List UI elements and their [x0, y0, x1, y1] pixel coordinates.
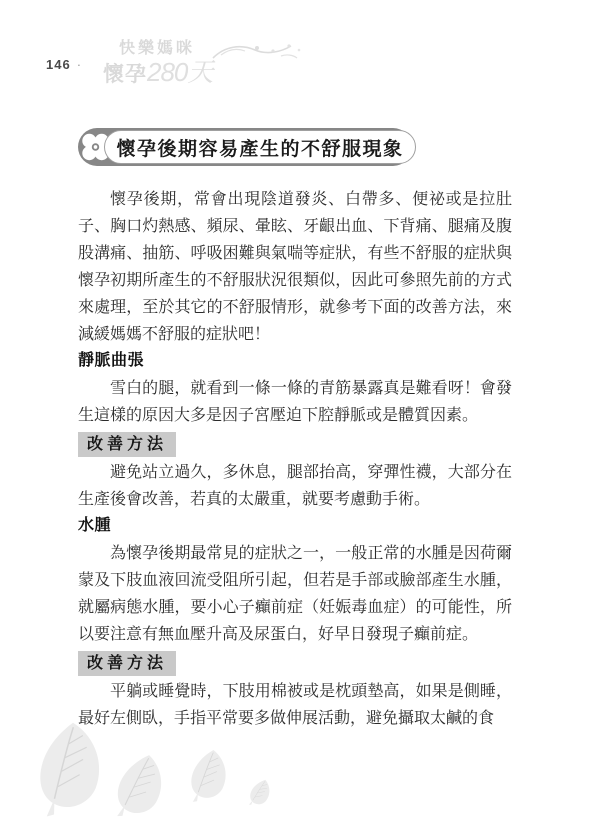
- book-logo: 快樂媽咪 懷孕280天: [103, 40, 303, 100]
- leaf-icon: [107, 748, 174, 821]
- method-paragraph: 避免站立過久，多休息，腿部抬高，穿彈性襪，大部分在生產後會改善，若真的太嚴重，就…: [78, 459, 512, 513]
- page-number-value: 146: [46, 57, 71, 72]
- book-logo-line2-text: 懷孕: [103, 63, 147, 86]
- leaf-icon: [245, 775, 277, 810]
- vine-flourish-icon: [211, 42, 303, 69]
- book-logo-line2-number: 280天: [147, 57, 212, 87]
- banner-title-box: 懷孕後期容易產生的不舒服現象: [104, 130, 416, 164]
- section-title-banner: 懷孕後期容易產生的不舒服現象: [78, 128, 416, 166]
- intro-paragraph: 懷孕後期，常會出現陰道發炎、白帶多、便祕或是拉肚子、胸口灼熱感、頻尿、暈眩、牙齦…: [78, 186, 512, 348]
- leaf-icon: [27, 717, 116, 819]
- leaf-icon: [185, 747, 234, 805]
- improvement-method-badge: 改善方法: [78, 432, 176, 457]
- page-number: 146·: [46, 57, 82, 72]
- book-page: 146· 快樂媽咪 懷孕280天: [0, 0, 590, 821]
- section-heading-edema: 水腫: [78, 515, 512, 536]
- improvement-method-badge: 改善方法: [78, 651, 176, 676]
- section-description: 為懷孕後期最常見的症狀之一，一般正常的水腫是因荷爾蒙及下肢血液回流受阻所引起，但…: [78, 540, 512, 648]
- main-content: 懷孕後期，常會出現陰道發炎、白帶多、便祕或是拉肚子、胸口灼熱感、頻尿、暈眩、牙齦…: [78, 172, 512, 734]
- method-paragraph: 平躺或睡覺時，下肢用棉被或是枕頭墊高，如果是側睡，最好左側臥，手指平常要多做伸展…: [78, 678, 512, 732]
- section-description: 雪白的腿，就看到一條一條的青筋暴露真是難看呀！會發生這樣的原因大多是因子宮壓迫下…: [78, 375, 512, 429]
- page-number-separator: ·: [77, 57, 82, 72]
- page-title: 懷孕後期容易產生的不舒服現象: [116, 134, 403, 161]
- section-heading-varicose-veins: 靜脈曲張: [78, 350, 512, 371]
